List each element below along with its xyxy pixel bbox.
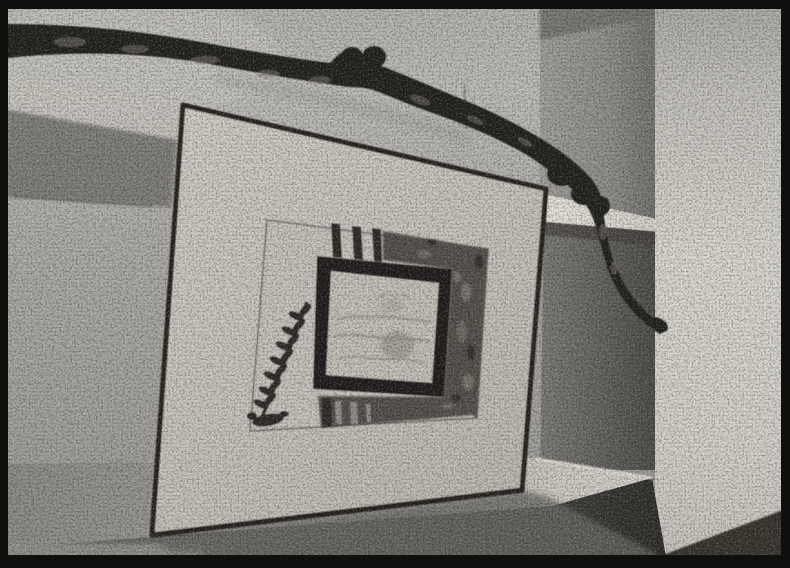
photo-border-top — [0, 0, 790, 9]
photo-scene — [0, 0, 790, 568]
photo-border-left — [0, 0, 8, 568]
halftone-photograph — [0, 0, 790, 568]
photo-border-right — [781, 0, 790, 568]
photo-border-bottom — [0, 555, 790, 568]
film-grain-light — [0, 0, 790, 568]
